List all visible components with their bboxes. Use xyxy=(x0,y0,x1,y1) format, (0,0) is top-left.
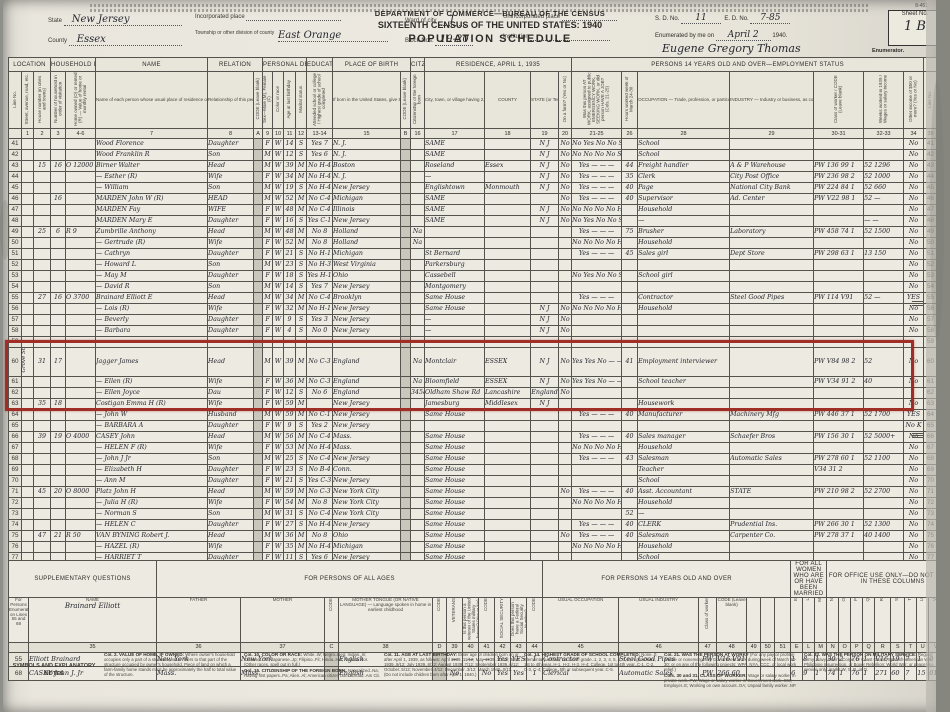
cell-rst: N J xyxy=(531,150,559,161)
cell-codeB xyxy=(401,476,411,487)
supp-column-header xyxy=(775,598,791,643)
cell-pob: New Jersey xyxy=(333,304,401,315)
cell-rst: N J xyxy=(531,377,559,388)
cell-hrs xyxy=(622,304,638,315)
cell-name: — Barbara xyxy=(96,326,208,337)
cell-tv xyxy=(66,315,96,326)
cell-codeA xyxy=(254,304,263,315)
cell-ln: 56 xyxy=(9,304,22,315)
cell-ind xyxy=(730,304,814,315)
cell-cit xyxy=(411,249,425,260)
cell-schgrd: No C-4 xyxy=(307,205,333,216)
cell-rcity: Same House xyxy=(425,304,485,315)
cell-sex xyxy=(263,337,273,348)
cell-marks xyxy=(572,337,622,348)
cell-schgrd: No H-1 xyxy=(307,304,333,315)
cell-marks xyxy=(572,399,622,410)
cell-tv xyxy=(66,194,96,205)
cell-sex: M xyxy=(263,161,273,172)
cell-hn xyxy=(34,183,51,194)
cell-mar: M xyxy=(296,487,307,498)
cell-street xyxy=(22,282,34,293)
cell-rcity: Cassebell xyxy=(425,271,485,282)
cell-codeA xyxy=(254,542,263,553)
cell-marks: Yes — — — xyxy=(572,410,622,421)
cell-ln: 72 xyxy=(9,498,22,509)
cell-oth: No xyxy=(904,205,924,216)
cell-cls xyxy=(814,260,864,271)
cell-street xyxy=(22,520,34,531)
cell-street xyxy=(22,315,34,326)
cell-occ xyxy=(638,315,730,326)
cell-vn: 18 xyxy=(51,399,66,410)
cell-cit xyxy=(411,194,425,205)
census-row-line-66: 663919O 4000CASEY JohnHeadMW56MNo C-4Mas… xyxy=(9,432,938,443)
cell-tv xyxy=(66,183,96,194)
cell-codeA xyxy=(254,282,263,293)
cell-codeB xyxy=(401,377,411,388)
cell-rel: Wife xyxy=(208,377,254,388)
cell-rel: Daughter xyxy=(208,139,254,150)
cell-occ: — xyxy=(638,509,730,520)
supp-column-header: P xyxy=(851,598,863,643)
scan-stain xyxy=(930,80,944,340)
cell-rcity: Same House xyxy=(425,432,485,443)
cell-rcity: — xyxy=(425,326,485,337)
cell-rst: N J xyxy=(531,172,559,183)
cell-codeB xyxy=(401,542,411,553)
enum-year: 1940. xyxy=(772,33,787,39)
census-scan-page: { "header": { "form_no": "8-451", "state… xyxy=(0,0,950,712)
cell-hrs xyxy=(622,315,638,326)
cell-marks: Yes — — — xyxy=(572,172,622,183)
cell-vn: 6 xyxy=(51,227,66,238)
cell-codeB xyxy=(401,161,411,172)
cell-mar: S xyxy=(296,520,307,531)
census-row-line-64: 64— John WHusbandMW59MNo C-1New JerseySa… xyxy=(9,410,938,421)
cell-cls xyxy=(814,238,864,249)
cell-wkwage: 52 1000 xyxy=(864,172,904,183)
cell-rcity: SAME xyxy=(425,216,485,227)
cell-occ xyxy=(638,421,730,432)
supp-column-number: 39 xyxy=(447,642,463,652)
cell-cls: V34 31 2 xyxy=(814,465,864,476)
cell-cit xyxy=(411,172,425,183)
county-value: Essex xyxy=(69,34,182,46)
cell-vn: 16 xyxy=(51,293,66,304)
column-header-rcty: COUNTY xyxy=(485,72,531,129)
cell-codeA xyxy=(254,377,263,388)
cell-rcty: Essex xyxy=(485,161,531,172)
column-number xyxy=(9,129,22,139)
cell-codeB xyxy=(401,487,411,498)
cell-ind xyxy=(730,377,814,388)
cell-cit xyxy=(411,454,425,465)
cell-oth: No xyxy=(904,271,924,282)
cell-rcity: Same House xyxy=(425,520,485,531)
cell-codeB xyxy=(401,194,411,205)
cell-schgrd: No 8 xyxy=(307,227,333,238)
cell-rcity: SAME xyxy=(425,205,485,216)
cell-sex: M xyxy=(263,454,273,465)
cell-schgrd: No C-1 xyxy=(307,410,333,421)
cell-marks: Yes — — — xyxy=(572,293,622,304)
supp-group-header: FOR PERSONS OF ALL AGES xyxy=(157,561,543,598)
column-number: 8 xyxy=(208,129,254,139)
cell-rst xyxy=(531,194,559,205)
cell-rcity xyxy=(425,238,485,249)
cell-rcity: Same House xyxy=(425,487,485,498)
cell-marks: No Yes No No S xyxy=(572,139,622,150)
cell-pob: New Jersey xyxy=(333,326,401,337)
cell-occ: Brusher xyxy=(638,227,730,238)
cell-rst: N J xyxy=(531,205,559,216)
cell-street xyxy=(22,421,34,432)
cell-race: W xyxy=(273,260,284,271)
cell-sex: F xyxy=(263,249,273,260)
cell-rst: N J xyxy=(531,348,559,377)
cell-sex: F xyxy=(263,216,273,227)
cell-rcity: Jamesburg xyxy=(425,399,485,410)
cell-race: W xyxy=(273,205,284,216)
cell-mar: M xyxy=(296,443,307,454)
cell-rfarm: No xyxy=(559,161,572,172)
cell-hn xyxy=(34,421,51,432)
cell-rel: Head xyxy=(208,227,254,238)
cell-codeB xyxy=(401,304,411,315)
cell-rel: Wife xyxy=(208,304,254,315)
cell-street xyxy=(22,476,34,487)
cell-cls xyxy=(814,271,864,282)
cell-hrs xyxy=(622,465,638,476)
cell-wkwage xyxy=(864,282,904,293)
cell-rel xyxy=(208,337,254,348)
cell-street xyxy=(22,150,34,161)
cell-rcty: ESSEX xyxy=(485,377,531,388)
cell-rcty xyxy=(485,227,531,238)
cell-street xyxy=(22,205,34,216)
cell-codeB xyxy=(401,282,411,293)
cell-cit xyxy=(411,498,425,509)
cell-ind: A & P Warehouse xyxy=(730,161,814,172)
cell-mar: M xyxy=(296,399,307,410)
cell-codeA xyxy=(254,238,263,249)
cell-mar: S xyxy=(296,509,307,520)
cell-rcty xyxy=(485,194,531,205)
cell-codeA xyxy=(254,388,263,399)
cell-schgrd xyxy=(307,337,333,348)
ed-value: 7-85 xyxy=(750,13,790,24)
cell-rst xyxy=(531,260,559,271)
column-header-wkwage: Weeks worked in 1939 / Wages or salary i… xyxy=(864,72,904,129)
cell-ind xyxy=(730,326,814,337)
cell-rcty xyxy=(485,454,531,465)
cell-vn xyxy=(51,509,66,520)
cell-cit: Na xyxy=(411,238,425,249)
cell-vn xyxy=(51,421,66,432)
cell-street xyxy=(22,509,34,520)
cell-pob: Boston xyxy=(333,161,401,172)
cell-mar: M xyxy=(296,227,307,238)
cell-race: W xyxy=(273,326,284,337)
cell-wkwage: 40 1400 xyxy=(864,531,904,542)
supp-column-header xyxy=(761,598,775,643)
cell-rst: N J xyxy=(531,161,559,172)
cell-ln: 71 xyxy=(9,487,22,498)
cell-age: 39 xyxy=(284,161,296,172)
supp-column-number: R xyxy=(875,642,891,652)
cell-ln: 47 xyxy=(9,205,22,216)
supp-column-number: S xyxy=(891,642,905,652)
cell-cls xyxy=(814,509,864,520)
cell-sex: F xyxy=(263,377,273,388)
cell-hn xyxy=(34,216,51,227)
census-row-line-50: 50— Gertrude (R)WifeFW52MNo 8HollandNaNo… xyxy=(9,238,938,249)
cell-tv xyxy=(66,421,96,432)
cell-cit xyxy=(411,432,425,443)
cell-codeA xyxy=(254,443,263,454)
cell-rfarm xyxy=(559,399,572,410)
cell-marks: No Yes No No S xyxy=(572,216,622,227)
cell-cls xyxy=(814,498,864,509)
cell-pob: New Jersey xyxy=(333,410,401,421)
cell-oth: No xyxy=(904,227,924,238)
cell-ln: 57 xyxy=(9,315,22,326)
cell-pob: Conn. xyxy=(333,465,401,476)
cell-tv xyxy=(66,399,96,410)
cell-age: 39 xyxy=(284,348,296,377)
cell-name: — Gertrude (R) xyxy=(96,238,208,249)
cell-sex: F xyxy=(263,139,273,150)
census-row-line-46: 4616MARDEN John W (R)HEADMW52MNo C-4Mich… xyxy=(9,194,938,205)
column-header-hn: House number (in cities and towns) xyxy=(34,72,51,129)
cell-occ: Employment interviewer xyxy=(638,348,730,377)
cell-codeA xyxy=(254,399,263,410)
cell-tv xyxy=(66,465,96,476)
cell-oth: No xyxy=(904,161,924,172)
cell-rel: Son xyxy=(208,183,254,194)
cell-codeB xyxy=(401,205,411,216)
cell-occ: Housework xyxy=(638,399,730,410)
cell-rcty xyxy=(485,293,531,304)
cell-age: 12 xyxy=(284,388,296,399)
column-number: 3 xyxy=(51,129,66,139)
column-header-marks: Was this person AT WORK, assigned to pub… xyxy=(572,72,622,129)
cell-sex: M xyxy=(263,348,273,377)
cell-name: — Beverly xyxy=(96,315,208,326)
cell-rel: Son xyxy=(208,260,254,271)
cell-pob: England xyxy=(333,388,401,399)
cell-age: 56 xyxy=(284,432,296,443)
cell-ln: 46 xyxy=(9,194,22,205)
cell-codeA xyxy=(254,205,263,216)
cell-codeB xyxy=(401,216,411,227)
cell-oth: No xyxy=(904,139,924,150)
cell-codeA xyxy=(254,421,263,432)
cell-street xyxy=(22,432,34,443)
cell-vn: 16 xyxy=(51,194,66,205)
cell-ind: Prudential Ins. xyxy=(730,520,814,531)
cell-vn xyxy=(51,315,66,326)
cell-occ: Household xyxy=(638,443,730,454)
cell-sex: M xyxy=(263,432,273,443)
cell-mar: S xyxy=(296,260,307,271)
cell-rcity: Bloomfield xyxy=(425,377,485,388)
cell-rcity xyxy=(425,227,485,238)
cell-oth: No xyxy=(904,183,924,194)
cell-cls: PW 114 V91 xyxy=(814,293,864,304)
column-group-header: RELATION xyxy=(208,58,263,72)
cell-rst xyxy=(531,227,559,238)
cell-rfarm xyxy=(559,227,572,238)
census-row-line-62: 62— Ellen JoyceDauFW12SNo 6England3458Ol… xyxy=(9,388,938,399)
cell-vn: 20 xyxy=(51,487,66,498)
cell-mar: M xyxy=(296,293,307,304)
cell-codeB xyxy=(401,465,411,476)
cell-schgrd: Yes H-1 xyxy=(307,271,333,282)
census-row-line-57: 57— BeverlyDaughterFW9SYes 3New Jersey—N… xyxy=(9,315,938,326)
cell-cit xyxy=(411,520,425,531)
cell-ln: 65 xyxy=(9,421,22,432)
cell-wkwage: 52 1296 xyxy=(864,161,904,172)
cell-rcity: Roseland xyxy=(425,161,485,172)
supp-column-header: O xyxy=(839,598,851,643)
cell-marks: No Yes No No S xyxy=(572,271,622,282)
supp-column-number: 43 xyxy=(511,642,527,652)
cell-street xyxy=(22,227,34,238)
cell-hrs xyxy=(622,216,638,227)
cell-rel: Husband xyxy=(208,410,254,421)
cell-pob: N. J. xyxy=(333,139,401,150)
cell-name: — HELEN F (R) xyxy=(96,443,208,454)
explanatory-notes: SYMBOLS AND EXPLANATORY NOTES Col. 2. VA… xyxy=(8,652,940,708)
cell-cit xyxy=(411,161,425,172)
cell-cit xyxy=(411,304,425,315)
census-row-line-71: 714520O 8000Platz John HHeadMW59MNo C-3N… xyxy=(9,487,938,498)
cell-codeB xyxy=(401,509,411,520)
cell-rel: Daughter xyxy=(208,476,254,487)
cell-race: W xyxy=(273,282,284,293)
cell-street xyxy=(22,249,34,260)
cell-wkwage xyxy=(864,388,904,399)
cell-cit xyxy=(411,293,425,304)
cell-marks: Yes — — — xyxy=(572,531,622,542)
cell-codeA xyxy=(254,498,263,509)
cell-oth: No xyxy=(904,249,924,260)
cell-age: 12 xyxy=(284,150,296,161)
cell-ln: 60 xyxy=(9,348,22,377)
cell-rfarm: No xyxy=(559,487,572,498)
cell-cit xyxy=(411,421,425,432)
cell-cit xyxy=(411,443,425,454)
cell-rel: WIFE xyxy=(208,205,254,216)
cell-schgrd: No C-4 xyxy=(307,293,333,304)
cell-cls: PW V22 98 1 xyxy=(814,194,864,205)
cell-rfarm xyxy=(559,249,572,260)
cell-ln: 70 xyxy=(9,476,22,487)
cell-cls xyxy=(814,337,864,348)
supp-column-header xyxy=(747,598,761,643)
cell-marks: Yes — — — xyxy=(572,487,622,498)
cell-rst: N J xyxy=(531,139,559,150)
cell-rel: Daughter xyxy=(208,249,254,260)
cell-mar: M xyxy=(296,194,307,205)
cell-rcity: Same House xyxy=(425,542,485,553)
cell-rel: Wife xyxy=(208,238,254,249)
cell-tv xyxy=(66,304,96,315)
cell-schgrd: No 8 xyxy=(307,498,333,509)
cell-vn xyxy=(51,498,66,509)
cell-name: Wood Franklin R xyxy=(96,150,208,161)
cell-schgrd: Yes 7 xyxy=(307,282,333,293)
cell-codeA xyxy=(254,531,263,542)
cell-ind: Ad. Center xyxy=(730,194,814,205)
cell-age: 21 xyxy=(284,249,296,260)
cell-name: — Esther (R) xyxy=(96,172,208,183)
supp-column-header: MOTHER TONGUE (OR NATIVE LANGUAGE) — Lan… xyxy=(339,598,433,643)
cell-rel: Wife xyxy=(208,399,254,410)
cell-oth: YES xyxy=(904,410,924,421)
supp-column-number: N xyxy=(827,642,839,652)
cell-street xyxy=(22,238,34,249)
cell-pob: Illinois xyxy=(333,205,401,216)
cell-age: 36 xyxy=(284,377,296,388)
cell-ind: Steel Good Pipes xyxy=(730,293,814,304)
cell-wkwage: 52 1300 xyxy=(864,520,904,531)
column-header-oth: Other income of $50 or more? (Yes or No) xyxy=(904,72,924,129)
cell-tv xyxy=(66,520,96,531)
cell-occ: Sales girl xyxy=(638,249,730,260)
census-row-line-41: 41Wood FlorenceDaughterFW14SYes 7N. J.SA… xyxy=(9,139,938,150)
cell-age: 34 xyxy=(284,172,296,183)
supp-column-header: VETERANS xyxy=(447,598,463,643)
cell-pob: New York City xyxy=(333,487,401,498)
cell-schgrd: No H-4 xyxy=(307,542,333,553)
cell-schgrd: No C-3 xyxy=(307,348,333,377)
cell-ln: 75 xyxy=(9,531,22,542)
cell-mar: S xyxy=(296,388,307,399)
cell-pob: New Jersey xyxy=(333,421,401,432)
supp-column-number: P xyxy=(851,642,863,652)
cell-mar: S xyxy=(296,465,307,476)
cell-rfarm: No xyxy=(559,388,572,399)
cell-schgrd: No H-4 xyxy=(307,520,333,531)
cell-wkwage xyxy=(864,421,904,432)
cell-ind: National City Bank xyxy=(730,183,814,194)
cell-occ: Household xyxy=(638,304,730,315)
cell-rst: England xyxy=(531,388,559,399)
cell-cit xyxy=(411,337,425,348)
cell-mar: M xyxy=(296,377,307,388)
cell-codeA xyxy=(254,227,263,238)
enumerator-label: Enumerator. xyxy=(872,48,904,54)
cell-rfarm: No xyxy=(559,183,572,194)
cell-street xyxy=(22,531,34,542)
cell-codeB xyxy=(401,432,411,443)
cell-race: W xyxy=(273,509,284,520)
cell-name: — May M xyxy=(96,271,208,282)
census-row-line-61: 61— Ellen (R)WifeFW36MNo C-3EnglandNaBlo… xyxy=(9,377,938,388)
column-group-header: HOUSEHOLD DATA xyxy=(51,58,96,72)
supp-column-header: Is this person a veteran of the United S… xyxy=(463,598,479,643)
cell-tv xyxy=(66,205,96,216)
column-number: 13-14 xyxy=(307,129,333,139)
cell-wkwage xyxy=(864,260,904,271)
cell-name: — Lois (R) xyxy=(96,304,208,315)
cell-rcty xyxy=(485,205,531,216)
cell-ind xyxy=(730,205,814,216)
cell-rcity: Same House xyxy=(425,443,485,454)
